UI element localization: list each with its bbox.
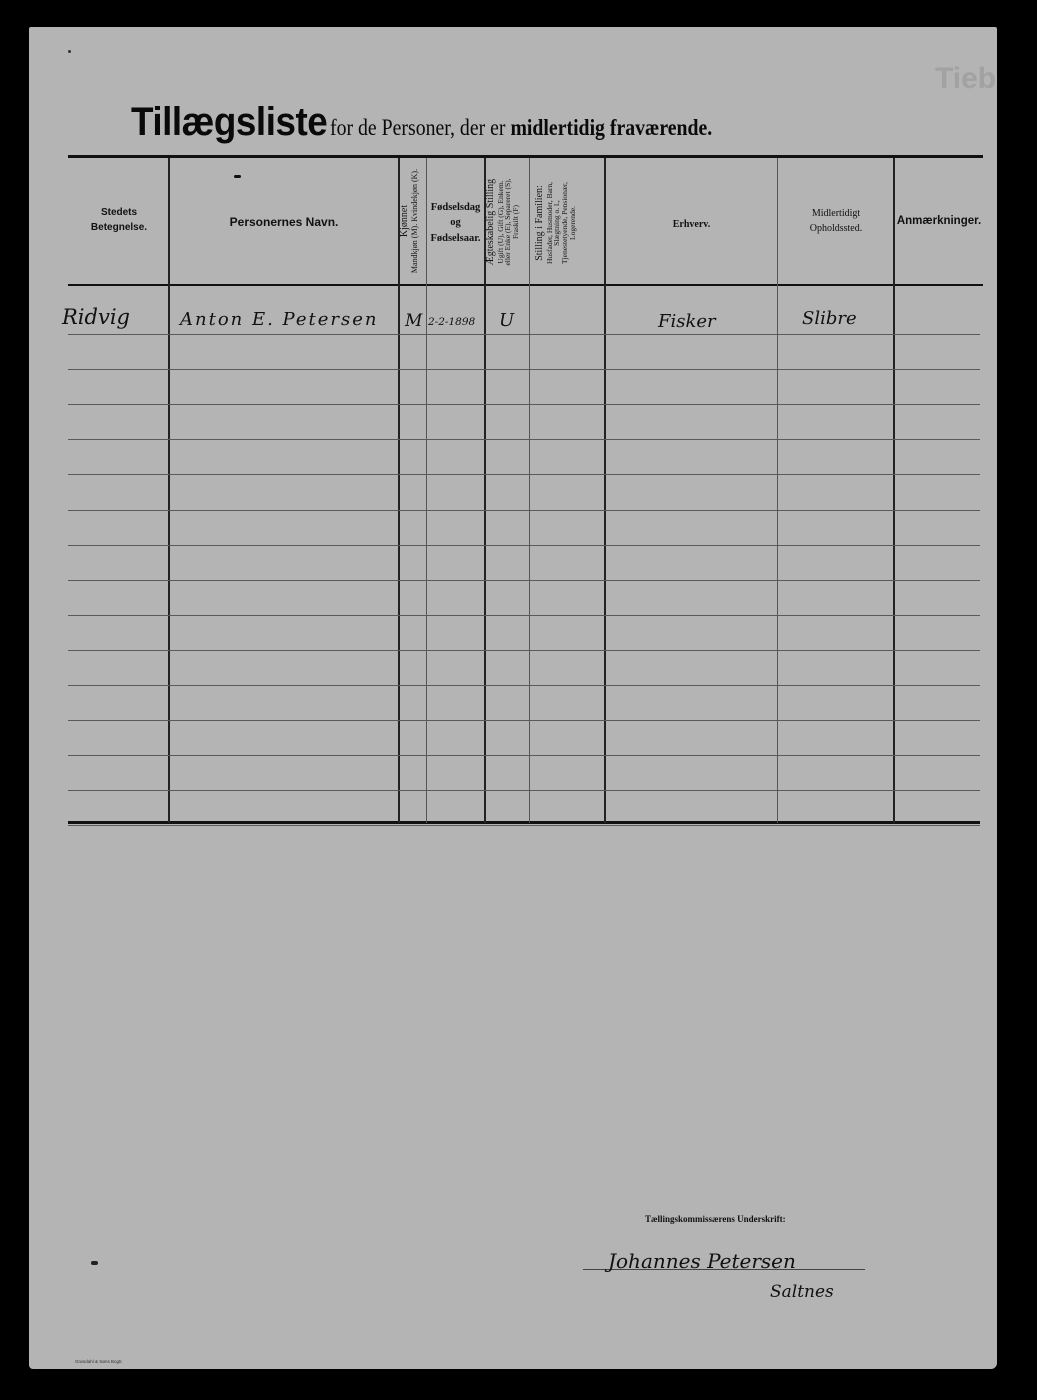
cell-aegteskabelig-stilling: U — [499, 310, 514, 331]
header-fodselsdag: Fødselsdag og Fødselsaar. — [427, 195, 484, 251]
header-kjon: Kjønnet Mandkjøn (M). Kvindekjøn (K). — [400, 163, 426, 279]
table-row-rule — [68, 439, 980, 440]
column-divider — [604, 158, 606, 823]
table-row-rule — [68, 545, 980, 546]
table-bottom-rule — [68, 821, 980, 824]
table-row-rule — [68, 825, 980, 826]
header-personernes-navn: Personernes Navn. — [170, 212, 398, 232]
cell-kjon: M — [405, 311, 422, 331]
ink-mark — [68, 50, 71, 53]
table-row-rule — [68, 790, 980, 791]
column-divider — [777, 158, 778, 823]
table-row-rule — [68, 615, 980, 616]
table-row-rule — [68, 685, 980, 686]
page-title: Tillægsliste for de Personer, der er mid… — [131, 100, 775, 145]
table-row-rule — [68, 334, 980, 335]
printer-mark: Grøndahl & Søns Bogtr. — [75, 1359, 123, 1364]
signature-place: Saltnes — [770, 1282, 834, 1302]
header-bottom-rule — [68, 284, 983, 286]
table-row-rule — [68, 510, 980, 511]
cell-stedets-betegnelse: Ridvig — [62, 305, 130, 329]
table-row-rule — [68, 720, 980, 721]
signature-label: Tællingskommissærens Underskrift: — [645, 1214, 786, 1224]
cell-erhverv: Fisker — [658, 311, 716, 332]
column-divider — [426, 158, 427, 823]
table-row-rule — [68, 650, 980, 651]
column-divider — [529, 158, 530, 823]
cell-midlertidigt-opholdssted: Slibre — [802, 308, 857, 329]
title-large: Tillægsliste — [131, 100, 327, 145]
table-row-rule — [68, 369, 980, 370]
column-divider — [168, 158, 170, 823]
header-anmaerkninger: Anmærkninger. — [894, 212, 984, 230]
table-row-rule — [68, 474, 980, 475]
title-normal: for de Personer, der er midlertidig frav… — [330, 115, 712, 141]
corner-faint-mark: Tieb — [935, 62, 996, 96]
header-midlertidigt-opholdssted: Midlertidigt Opholdssted. — [779, 205, 893, 237]
header-aegteskabelig-stilling: Ægteskabelig Stilling Ugift (U), Gift (G… — [486, 164, 528, 280]
table-row-rule — [68, 755, 980, 756]
table-row-rule — [68, 404, 980, 405]
ink-mark — [91, 1261, 98, 1265]
header-erhverv: Erhverv. — [606, 216, 777, 232]
cell-fodselsdag: 2-2-1898 — [428, 316, 475, 328]
header-stedets-betegnelse: Stedets Betegnelse. — [70, 200, 168, 240]
signature-name: Johannes Petersen — [608, 1249, 796, 1273]
header-stilling-i-familien: Stilling i Familien: Husfader, Husmoder,… — [535, 164, 601, 282]
cell-personernes-navn: Anton E. Petersen — [180, 309, 379, 330]
table-row-rule — [68, 580, 980, 581]
column-divider — [893, 158, 895, 823]
table-top-rule — [68, 155, 983, 158]
header-dash-mark — [234, 175, 241, 178]
